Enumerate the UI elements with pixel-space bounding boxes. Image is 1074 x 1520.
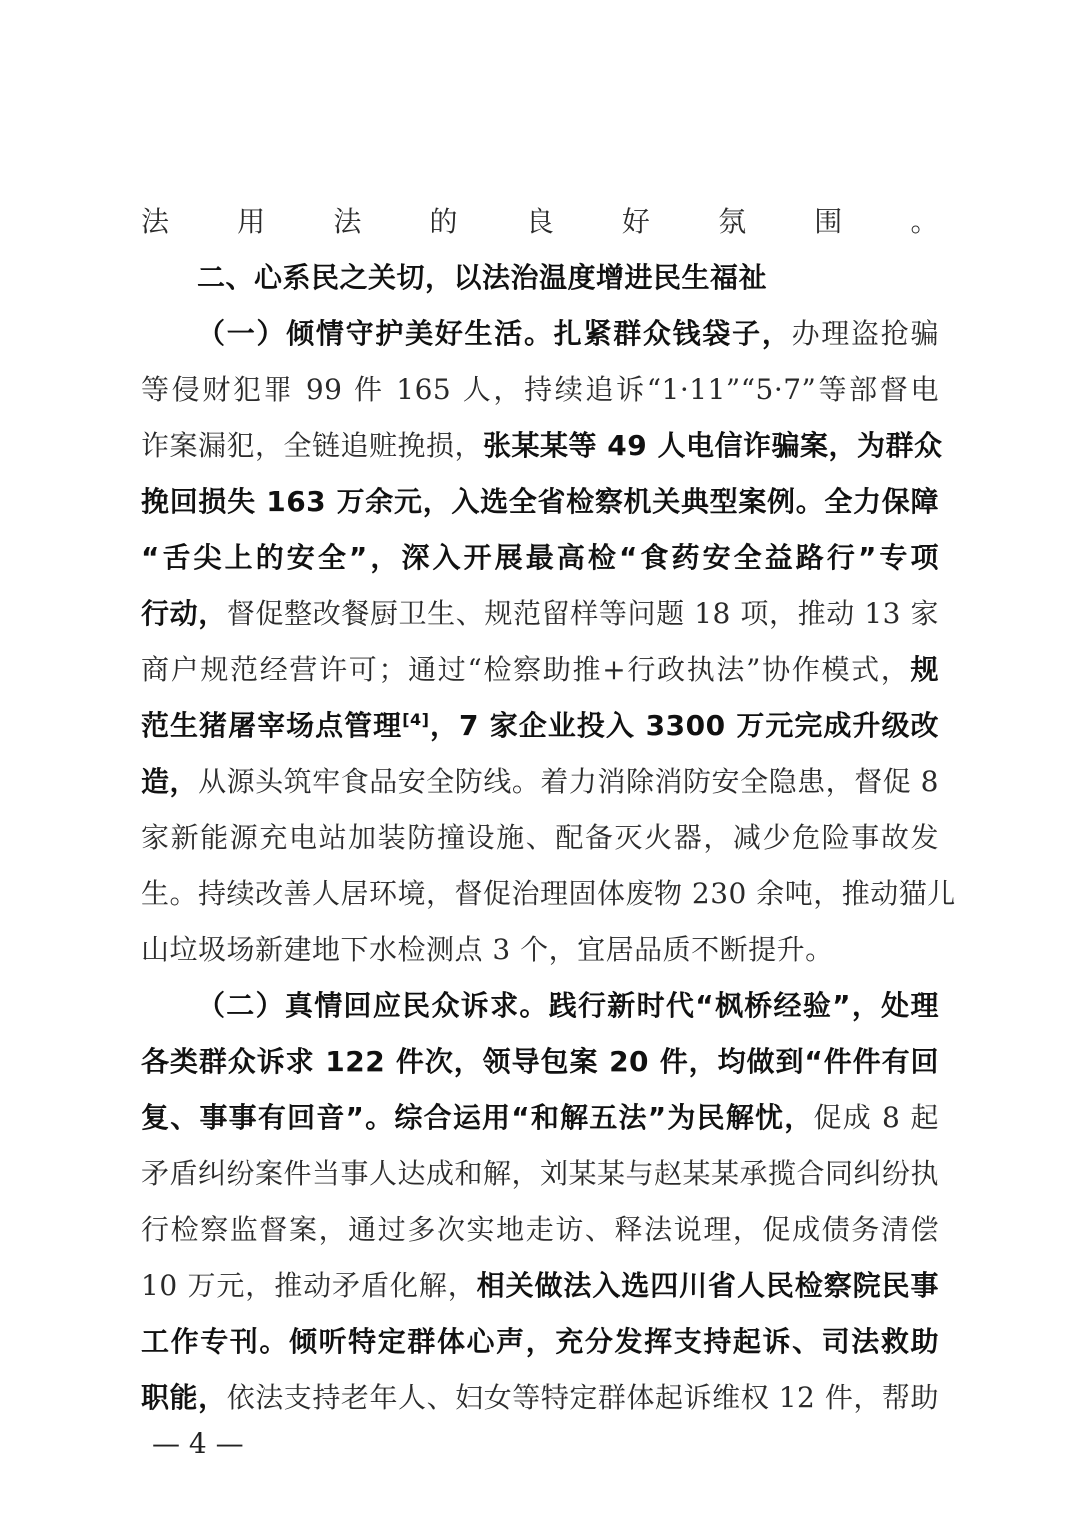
bold-text: （二）真情回应民众诉求。践行新时代“枫桥经验”，处理 bbox=[197, 989, 939, 1022]
text-line: 10 万元，推动矛盾化解，相关做法入选四川省人民检察院民事 bbox=[141, 1266, 939, 1306]
subsection-heading-line: （一）倾情守护美好生活。扎紧群众钱袋子，办理盗抢骗 bbox=[141, 314, 939, 354]
bold-text: 相关做法入选四川省人民检察院民事 bbox=[477, 1269, 939, 1302]
bold-text: 张某某等 49 人电信诈骗案，为群众 bbox=[483, 429, 942, 462]
bold-text: 范生猪屠宰场点管理 bbox=[141, 709, 402, 742]
bold-text: 造， bbox=[141, 765, 198, 798]
heading-text: 二、心系民之关切，以法治温度增进民生福祉 bbox=[197, 261, 767, 294]
section-heading: 二、心系民之关切，以法治温度增进民生福祉 bbox=[141, 258, 939, 298]
body-text: 从源头筑牢食品安全防线。着力消除消防安全隐患，督促 8 bbox=[198, 765, 939, 798]
subsection-heading-line: （二）真情回应民众诉求。践行新时代“枫桥经验”，处理 bbox=[141, 986, 939, 1026]
bold-text: 行动， bbox=[141, 597, 227, 630]
text-line: 诈案漏犯，全链追赃挽损，张某某等 49 人电信诈骗案，为群众 bbox=[141, 426, 939, 466]
text-line: 生。持续改善人居环境，督促治理固体废物 230 余吨，推动猫儿 bbox=[141, 874, 939, 914]
bold-text: ，7 家企业投入 3300 万元完成升级改 bbox=[429, 709, 939, 742]
page-number: — 4 — bbox=[152, 1424, 244, 1464]
text-line: 挽回损失 163 万余元，入选全省检察机关典型案例。全力保障 bbox=[141, 482, 939, 522]
text-line: 行动，督促整改餐厨卫生、规范留样等问题 18 项，推动 13 家 bbox=[141, 594, 939, 634]
footnote-reference[interactable]: [4] bbox=[402, 710, 429, 729]
body-text: 促成 8 起 bbox=[814, 1101, 940, 1134]
bold-text: 工作专刊。 bbox=[141, 1325, 289, 1358]
body-text: 依法支持老年人、妇女等特定群体起诉维权 12 件，帮助 bbox=[227, 1381, 939, 1414]
bold-text: 规 bbox=[910, 653, 939, 686]
body-text: 法用法的良好氛围。 bbox=[141, 205, 939, 238]
body-text: 督促整改餐厨卫生、规范留样等问题 18 项，推动 13 家 bbox=[227, 597, 939, 630]
bold-text: 职能， bbox=[141, 1381, 227, 1414]
text-line: 等侵财犯罪 99 件 165 人，持续追诉“1·11”“5·7”等部督电 bbox=[141, 370, 939, 410]
text-line: 家新能源充电站加装防撞设施、配备灭火器，减少危险事故发 bbox=[141, 818, 939, 858]
body-text: 生。持续改善人居环境，督促治理固体废物 230 余吨，推动猫儿 bbox=[141, 877, 956, 910]
text-line: 矛盾纠纷案件当事人达成和解，刘某某与赵某某承揽合同纠纷执 bbox=[141, 1154, 939, 1194]
bold-text: “舌尖上的安全”，深入开展最高检“食药安全益路行”专项 bbox=[141, 541, 939, 574]
body-text: 山垃圾场新建地下水检测点 3 个，宜居品质不断提升。 bbox=[141, 933, 834, 966]
text-line: “舌尖上的安全”，深入开展最高检“食药安全益路行”专项 bbox=[141, 538, 939, 578]
body-text: 办理盗抢骗 bbox=[792, 317, 939, 350]
body-text: 商户规范经营许可；通过“检察助推+行政执法”协作模式， bbox=[141, 653, 910, 686]
text-line: 法用法的良好氛围。 bbox=[141, 202, 939, 242]
bold-text: 倾听特定群体心声，充分发挥支持起诉、司法救助 bbox=[289, 1325, 939, 1358]
text-line: 造，从源头筑牢食品安全防线。着力消除消防安全隐患，督促 8 bbox=[141, 762, 939, 802]
document-page: 法用法的良好氛围。 二、心系民之关切，以法治温度增进民生福祉 （一）倾情守护美好… bbox=[0, 0, 1074, 1520]
text-line: 工作专刊。倾听特定群体心声，充分发挥支持起诉、司法救助 bbox=[141, 1322, 939, 1362]
bold-text: 各类群众诉求 122 件次，领导包案 20 件，均做到“件件有回 bbox=[141, 1045, 939, 1078]
bold-text: 复、事事有回音”。综合运用“和解五法”为民解忧， bbox=[141, 1101, 814, 1134]
body-text: 家新能源充电站加装防撞设施、配备灭火器，减少危险事故发 bbox=[141, 821, 939, 854]
bold-text: （一）倾情守护美好生活。扎紧群众钱袋子， bbox=[197, 317, 792, 350]
text-line: 山垃圾场新建地下水检测点 3 个，宜居品质不断提升。 bbox=[141, 930, 939, 970]
text-line: 复、事事有回音”。综合运用“和解五法”为民解忧，促成 8 起 bbox=[141, 1098, 939, 1138]
text-line: 范生猪屠宰场点管理[4]，7 家企业投入 3300 万元完成升级改 bbox=[141, 706, 939, 746]
body-text: 行检察监督案，通过多次实地走访、释法说理，促成债务清偿 bbox=[141, 1213, 939, 1246]
text-line: 商户规范经营许可；通过“检察助推+行政执法”协作模式，规 bbox=[141, 650, 939, 690]
body-text: 矛盾纠纷案件当事人达成和解，刘某某与赵某某承揽合同纠纷执 bbox=[141, 1157, 939, 1190]
body-text: 诈案漏犯，全链追赃挽损， bbox=[141, 429, 483, 462]
body-text: 等侵财犯罪 99 件 165 人，持续追诉“1·11”“5·7”等部督电 bbox=[141, 373, 939, 406]
text-line: 行检察监督案，通过多次实地走访、释法说理，促成债务清偿 bbox=[141, 1210, 939, 1250]
text-line: 各类群众诉求 122 件次，领导包案 20 件，均做到“件件有回 bbox=[141, 1042, 939, 1082]
text-line: 职能，依法支持老年人、妇女等特定群体起诉维权 12 件，帮助 bbox=[141, 1378, 939, 1418]
body-text: 10 万元，推动矛盾化解， bbox=[141, 1269, 477, 1302]
bold-text: 挽回损失 163 万余元，入选全省检察机关典型案例。全力保障 bbox=[141, 485, 939, 518]
